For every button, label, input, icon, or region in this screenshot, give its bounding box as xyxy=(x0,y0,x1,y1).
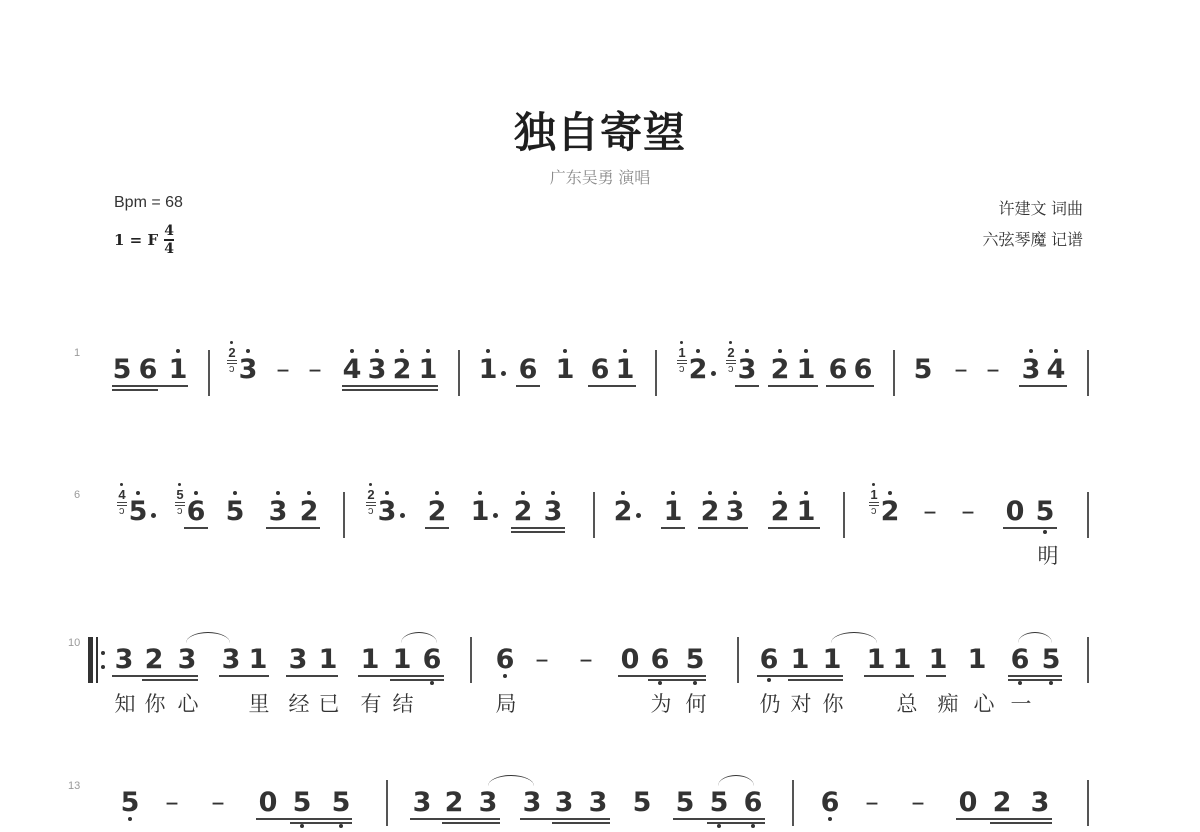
underline-beam xyxy=(286,675,338,677)
time-numerator: 4 xyxy=(164,224,174,238)
augmentation-dot xyxy=(501,371,506,376)
grace-hook: ↄ xyxy=(229,364,235,375)
octave-up-dot xyxy=(733,491,737,495)
grace-beam xyxy=(117,502,127,503)
credits: 许建文 词曲 六弦琴魔 记谱 xyxy=(983,194,1083,256)
underline-beam xyxy=(112,389,158,391)
octave-up-dot xyxy=(551,491,555,495)
note: 3 xyxy=(412,788,432,818)
octave-up-dot xyxy=(1054,349,1058,353)
note: 2 xyxy=(144,645,164,675)
octave-up-dot xyxy=(1029,349,1033,353)
sustain-dash: – xyxy=(958,497,978,527)
underline-beam xyxy=(588,385,636,387)
note: 2 xyxy=(770,497,790,527)
grace-octave-dot xyxy=(729,341,732,344)
note: 1 xyxy=(318,645,338,675)
underline-beam xyxy=(990,822,1052,824)
note: 3 xyxy=(238,355,258,385)
note: 6 xyxy=(759,645,779,675)
note: 2 xyxy=(613,497,633,527)
underline-beam xyxy=(112,385,188,387)
underline-beam xyxy=(1019,385,1067,387)
note: 5 xyxy=(112,355,132,385)
note: 3 xyxy=(114,645,134,675)
lyric: 你 xyxy=(143,688,167,718)
grace-octave-dot xyxy=(680,341,683,344)
underline-beam xyxy=(757,675,843,677)
underline-beam xyxy=(112,675,198,677)
note: 6 xyxy=(138,355,158,385)
octave-up-dot xyxy=(521,491,525,495)
grace-octave-dot xyxy=(178,483,181,486)
grace-note: 2 xyxy=(725,346,737,359)
sustain-dash: – xyxy=(305,355,325,385)
underline-beam xyxy=(1008,675,1062,677)
octave-up-dot xyxy=(478,491,482,495)
octave-down-dot xyxy=(300,824,304,828)
octave-up-dot xyxy=(176,349,180,353)
note: 1 xyxy=(470,497,490,527)
octave-up-dot xyxy=(276,491,280,495)
augmentation-dot xyxy=(400,513,405,518)
note: 1 xyxy=(168,355,188,385)
augmentation-dot xyxy=(711,371,716,376)
underline-beam xyxy=(864,675,914,677)
note: 5 xyxy=(632,788,652,818)
underline-beam xyxy=(956,818,1052,820)
note: 1 xyxy=(418,355,438,385)
repeat-start-thin xyxy=(96,637,98,683)
note: 3 xyxy=(367,355,387,385)
barline xyxy=(343,492,345,538)
grace-note: 1 xyxy=(868,488,880,501)
note: 1 xyxy=(555,355,575,385)
note: 3 xyxy=(588,788,608,818)
note: 6 xyxy=(590,355,610,385)
note: 5 xyxy=(913,355,933,385)
underline-beam xyxy=(826,385,874,387)
slur xyxy=(186,632,230,643)
underline-beam xyxy=(442,822,500,824)
barline xyxy=(1087,492,1089,538)
underline-beam xyxy=(1003,527,1057,529)
octave-up-dot xyxy=(623,349,627,353)
slur xyxy=(1018,632,1052,643)
note: 2 xyxy=(688,355,708,385)
note: 6 xyxy=(828,355,848,385)
lyric: 已 xyxy=(317,688,341,718)
octave-up-dot xyxy=(696,349,700,353)
octave-up-dot xyxy=(350,349,354,353)
note: 2 xyxy=(392,355,412,385)
note: 0 xyxy=(1005,497,1025,527)
barline xyxy=(1087,350,1089,396)
note: 2 xyxy=(770,355,790,385)
lyric: 知 xyxy=(113,688,137,718)
note: 3 xyxy=(554,788,574,818)
note: 5 xyxy=(675,788,695,818)
slur xyxy=(831,632,877,643)
note: 3 xyxy=(268,497,288,527)
octave-down-dot xyxy=(503,674,507,678)
octave-up-dot xyxy=(621,491,625,495)
note: 1 xyxy=(478,355,498,385)
measure-number: 10 xyxy=(68,637,80,649)
barline xyxy=(458,350,460,396)
underline-beam xyxy=(735,385,759,387)
lyric: 局 xyxy=(494,688,518,718)
note: 0 xyxy=(258,788,278,818)
underline-beam xyxy=(390,679,444,681)
time-signature: 4 4 xyxy=(164,224,174,256)
lyric: 明 xyxy=(1036,540,1060,570)
grace-hook: ↄ xyxy=(679,364,685,375)
repeat-start-thick xyxy=(88,637,93,683)
note: 1 xyxy=(360,645,380,675)
key-label: 1 = F xyxy=(114,231,158,249)
song-title: 独自寄望 xyxy=(0,100,1200,160)
octave-up-dot xyxy=(375,349,379,353)
note: 5 xyxy=(225,497,245,527)
note: 3 xyxy=(1021,355,1041,385)
octave-down-dot xyxy=(658,681,662,685)
octave-up-dot xyxy=(307,491,311,495)
note: 1 xyxy=(615,355,635,385)
lyric: 痴 xyxy=(936,688,960,718)
grace-beam xyxy=(227,360,237,361)
note: 1 xyxy=(892,645,912,675)
note: 5 xyxy=(1035,497,1055,527)
underline-beam xyxy=(1008,679,1062,681)
octave-up-dot xyxy=(778,349,782,353)
grace-beam xyxy=(677,360,687,361)
repeat-dot xyxy=(101,651,105,655)
octave-up-dot xyxy=(804,349,808,353)
octave-down-dot xyxy=(828,817,832,821)
underline-beam xyxy=(661,527,685,529)
grace-octave-dot xyxy=(369,483,372,486)
lyric: 里 xyxy=(247,688,271,718)
note: 6 xyxy=(853,355,873,385)
slur xyxy=(718,775,754,786)
underline-beam xyxy=(788,679,843,681)
measure-number: 13 xyxy=(68,780,80,792)
note: 5 xyxy=(709,788,729,818)
note: 5 xyxy=(685,645,705,675)
underline-beam xyxy=(707,822,765,824)
octave-up-dot xyxy=(708,491,712,495)
note: 5 xyxy=(331,788,351,818)
underline-beam xyxy=(256,818,352,820)
underline-beam xyxy=(768,385,818,387)
octave-down-dot xyxy=(339,824,343,828)
measure-number: 1 xyxy=(74,347,80,359)
note: 5 xyxy=(120,788,140,818)
octave-down-dot xyxy=(767,678,771,682)
underline-beam xyxy=(552,822,610,824)
sustain-dash: – xyxy=(951,355,971,385)
note: 1 xyxy=(928,645,948,675)
lyric: 何 xyxy=(684,688,708,718)
octave-up-dot xyxy=(778,491,782,495)
barline xyxy=(208,350,210,396)
note: 6 xyxy=(650,645,670,675)
note: 4 xyxy=(342,355,362,385)
octave-up-dot xyxy=(426,349,430,353)
underline-beam xyxy=(520,818,610,820)
underline-beam xyxy=(511,531,565,533)
sustain-dash: – xyxy=(920,497,940,527)
underline-beam xyxy=(768,527,820,529)
octave-up-dot xyxy=(745,349,749,353)
note: 5 xyxy=(1041,645,1061,675)
augmentation-dot xyxy=(151,513,156,518)
sustain-dash: – xyxy=(532,645,552,675)
note: 3 xyxy=(221,645,241,675)
note: 0 xyxy=(620,645,640,675)
note: 3 xyxy=(177,645,197,675)
underline-beam xyxy=(219,675,269,677)
lyric: 你 xyxy=(821,688,845,718)
barline xyxy=(470,637,472,683)
note: 0 xyxy=(958,788,978,818)
underline-beam xyxy=(266,527,320,529)
octave-up-dot xyxy=(246,349,250,353)
octave-up-dot xyxy=(804,491,808,495)
barline xyxy=(655,350,657,396)
grace-hook: ↄ xyxy=(119,506,125,517)
octave-up-dot xyxy=(888,491,892,495)
sustain-dash: – xyxy=(908,788,928,818)
octave-down-dot xyxy=(128,817,132,821)
underline-beam xyxy=(516,385,540,387)
octave-up-dot xyxy=(233,491,237,495)
note: 2 xyxy=(700,497,720,527)
octave-down-dot xyxy=(693,681,697,685)
octave-down-dot xyxy=(1049,681,1053,685)
octave-down-dot xyxy=(1018,681,1022,685)
repeat-dot xyxy=(101,665,105,669)
underline-beam xyxy=(184,527,208,529)
octave-up-dot xyxy=(385,491,389,495)
note: 1 xyxy=(866,645,886,675)
underline-beam xyxy=(425,527,449,529)
octave-up-dot xyxy=(136,491,140,495)
performer: 广东吴勇 演唱 xyxy=(0,165,1200,188)
underline-beam xyxy=(342,385,438,387)
underline-beam xyxy=(698,527,748,529)
lyric: 一 xyxy=(1009,688,1033,718)
grace-note: 2 xyxy=(226,346,238,359)
note: 6 xyxy=(518,355,538,385)
octave-up-dot xyxy=(194,491,198,495)
time-denominator: 4 xyxy=(164,242,174,256)
lyric: 心 xyxy=(972,688,996,718)
underline-beam xyxy=(926,675,946,677)
grace-hook: ↄ xyxy=(728,364,734,375)
measure-number: 6 xyxy=(74,489,80,501)
note: 2 xyxy=(992,788,1012,818)
grace-octave-dot xyxy=(872,483,875,486)
octave-up-dot xyxy=(563,349,567,353)
grace-beam xyxy=(869,502,879,503)
note: 6 xyxy=(1010,645,1030,675)
grace-beam xyxy=(726,360,736,361)
barline xyxy=(737,637,739,683)
octave-down-dot xyxy=(430,681,434,685)
grace-note: 2 xyxy=(365,488,377,501)
augmentation-dot xyxy=(636,513,641,518)
underline-beam xyxy=(358,675,444,677)
note: 4 xyxy=(1046,355,1066,385)
barline xyxy=(893,350,895,396)
octave-down-dot xyxy=(717,824,721,828)
barline xyxy=(843,492,845,538)
octave-up-dot xyxy=(671,491,675,495)
note: 1 xyxy=(796,497,816,527)
note: 1 xyxy=(663,497,683,527)
grace-hook: ↄ xyxy=(871,506,877,517)
lyric: 仍 xyxy=(758,688,782,718)
note: 3 xyxy=(737,355,757,385)
note: 2 xyxy=(299,497,319,527)
lyric: 对 xyxy=(789,688,813,718)
note: 1 xyxy=(822,645,842,675)
note: 3 xyxy=(478,788,498,818)
octave-up-dot xyxy=(435,491,439,495)
note: 5 xyxy=(128,497,148,527)
note: 6 xyxy=(422,645,442,675)
grace-beam xyxy=(175,502,185,503)
underline-beam xyxy=(618,675,706,677)
octave-up-dot xyxy=(400,349,404,353)
augmentation-dot xyxy=(493,513,498,518)
slur xyxy=(488,775,534,786)
barline xyxy=(1087,637,1089,683)
note: 6 xyxy=(743,788,763,818)
note: 1 xyxy=(248,645,268,675)
sustain-dash: – xyxy=(162,788,182,818)
octave-down-dot xyxy=(751,824,755,828)
note: 5 xyxy=(292,788,312,818)
barline xyxy=(792,780,794,826)
note: 1 xyxy=(790,645,810,675)
note: 1 xyxy=(392,645,412,675)
sustain-dash: – xyxy=(576,645,596,675)
lyricist-composer: 许建文 词曲 xyxy=(983,194,1083,225)
grace-hook: ↄ xyxy=(177,506,183,517)
note: 6 xyxy=(495,645,515,675)
note: 2 xyxy=(427,497,447,527)
grace-beam xyxy=(366,502,376,503)
grace-note: 1 xyxy=(676,346,688,359)
note: 1 xyxy=(796,355,816,385)
tempo-marking: Bpm = 68 xyxy=(114,194,183,212)
grace-note: 4 xyxy=(116,488,128,501)
underline-beam xyxy=(511,527,565,529)
barline xyxy=(1087,780,1089,826)
note: 3 xyxy=(288,645,308,675)
note: 3 xyxy=(522,788,542,818)
note: 2 xyxy=(513,497,533,527)
lyric: 经 xyxy=(287,688,311,718)
note: 1 xyxy=(967,645,987,675)
underline-beam xyxy=(648,679,706,681)
octave-down-dot xyxy=(1043,530,1047,534)
note: 6 xyxy=(820,788,840,818)
lyric: 有 xyxy=(359,688,383,718)
underline-beam xyxy=(410,818,500,820)
barline xyxy=(386,780,388,826)
key-signature: 1 = F 4 4 xyxy=(114,224,174,256)
transcriber: 六弦琴魔 记谱 xyxy=(983,225,1083,256)
underline-beam xyxy=(342,389,438,391)
sustain-dash: – xyxy=(208,788,228,818)
grace-note: 5 xyxy=(174,488,186,501)
note: 2 xyxy=(444,788,464,818)
octave-up-dot xyxy=(486,349,490,353)
note: 3 xyxy=(1030,788,1050,818)
sustain-dash: – xyxy=(862,788,882,818)
sustain-dash: – xyxy=(983,355,1003,385)
sustain-dash: – xyxy=(273,355,293,385)
grace-octave-dot xyxy=(120,483,123,486)
slur xyxy=(401,632,437,643)
note: 6 xyxy=(186,497,206,527)
note: 3 xyxy=(725,497,745,527)
note: 3 xyxy=(543,497,563,527)
lyric: 为 xyxy=(649,688,673,718)
grace-hook: ↄ xyxy=(368,506,374,517)
underline-beam xyxy=(142,679,198,681)
note: 2 xyxy=(880,497,900,527)
barline xyxy=(593,492,595,538)
grace-octave-dot xyxy=(230,341,233,344)
lyric: 结 xyxy=(391,688,415,718)
lyric: 心 xyxy=(176,688,200,718)
underline-beam xyxy=(290,822,352,824)
note: 3 xyxy=(377,497,397,527)
underline-beam xyxy=(673,818,765,820)
lyric: 总 xyxy=(895,688,919,718)
